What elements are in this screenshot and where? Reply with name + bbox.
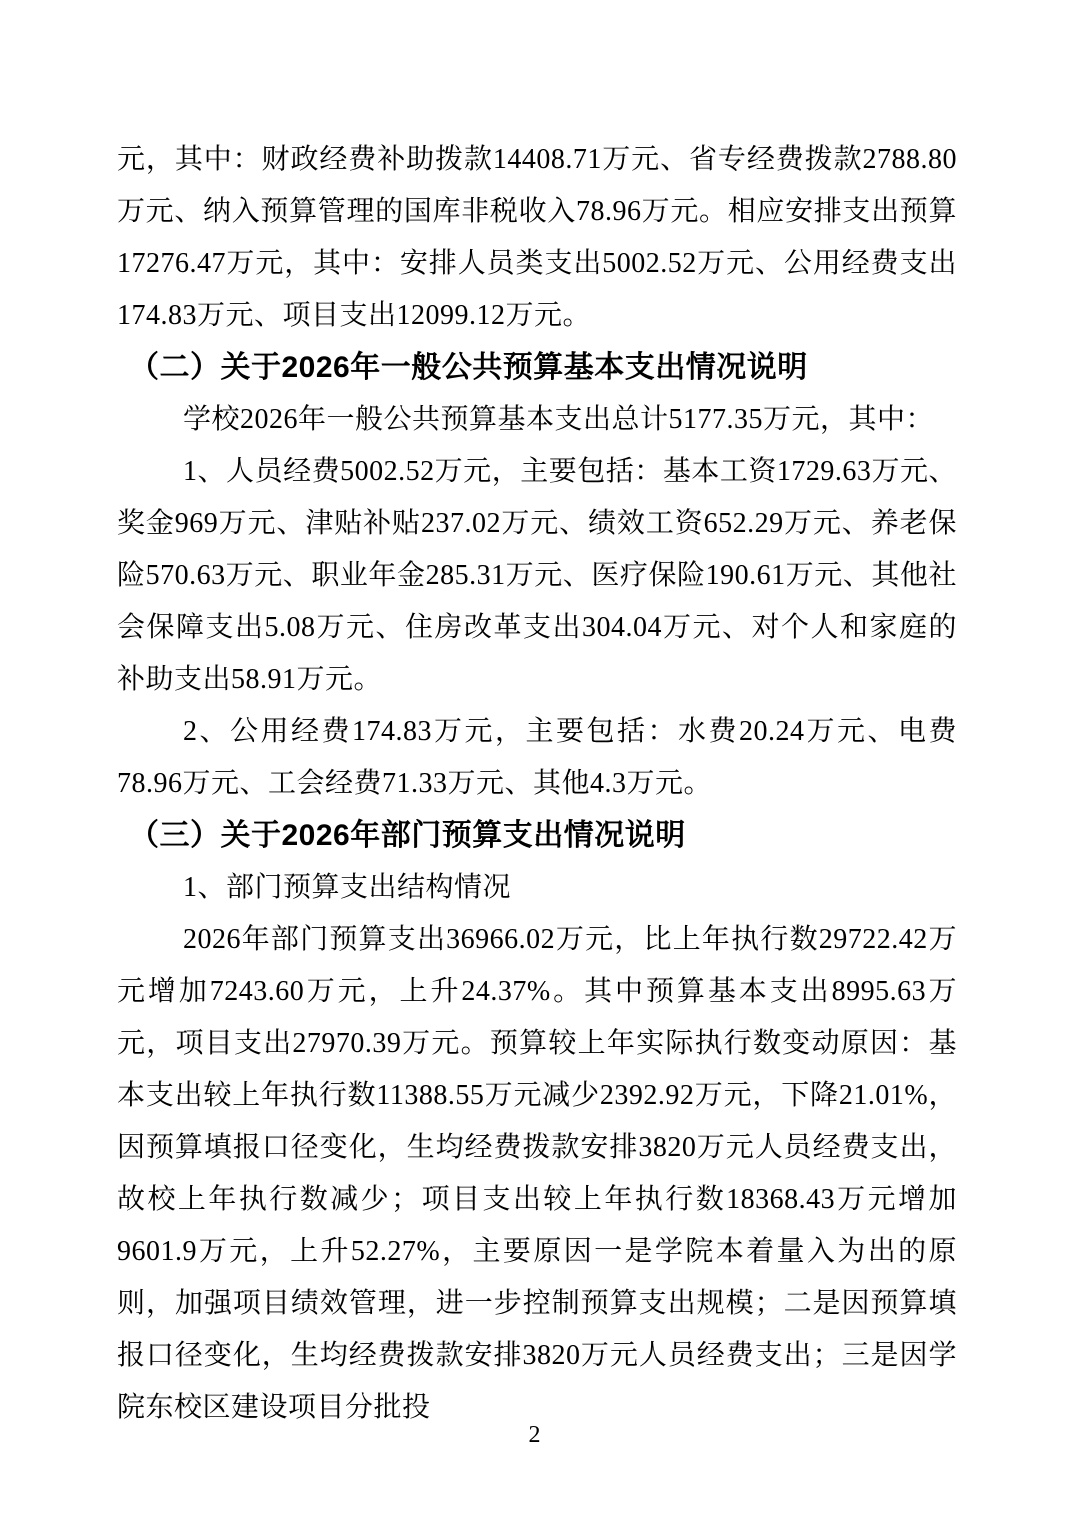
paragraph-personnel-expenses: 1、人员经费5002.52万元，主要包括：基本工资1729.63万元、奖金969… xyxy=(117,446,957,706)
section-heading-basic-expenditure: （二）关于2026年一般公共预算基本支出情况说明 xyxy=(117,342,957,394)
paragraph-public-utility-expenses: 2、公用经费174.83万元，主要包括：水费20.24万元、电费78.96万元、… xyxy=(117,706,957,810)
paragraph-budget-revenue-detail: 元，其中：财政经费补助拨款14408.71万元、省专经费拨款2788.80万元、… xyxy=(117,134,957,342)
paragraph-expenditure-structure-detail: 2026年部门预算支出36966.02万元，比上年执行数29722.42万元增加… xyxy=(117,914,957,1434)
paragraph-basic-expenditure-total: 学校2026年一般公共预算基本支出总计5177.35万元，其中： xyxy=(117,394,957,446)
paragraph-expenditure-structure-title: 1、部门预算支出结构情况 xyxy=(117,862,957,914)
section-heading-department-expenditure: （三）关于2026年部门预算支出情况说明 xyxy=(117,810,957,862)
document-page: 元，其中：财政经费补助拨款14408.71万元、省专经费拨款2788.80万元、… xyxy=(0,0,1069,1514)
page-number: 2 xyxy=(0,1418,1069,1452)
document-body: 元，其中：财政经费补助拨款14408.71万元、省专经费拨款2788.80万元、… xyxy=(117,134,957,1434)
